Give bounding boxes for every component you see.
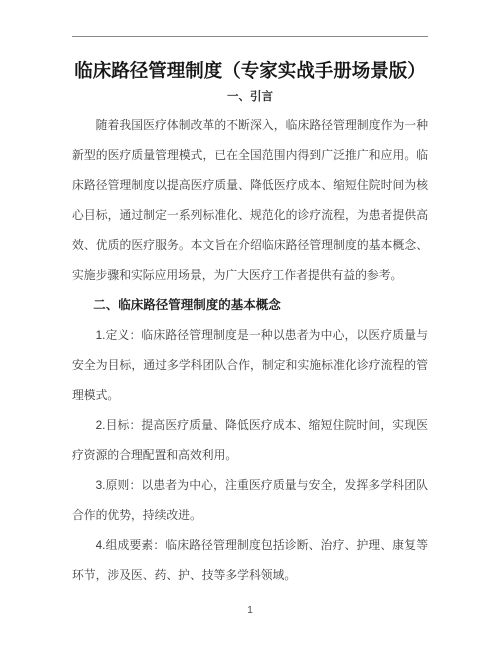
- document-title: 临床路径管理制度（专家实战手册场景版）: [72, 57, 428, 85]
- page-number: 1: [0, 604, 500, 618]
- paragraph-introduction: 随着我国医疗体制改革的不断深入，临床路径管理制度作为一种新型的医疗质量管理模式，…: [72, 110, 428, 290]
- paragraph-components: 4.组成要素：临床路径管理制度包括诊断、治疗、护理、康复等环节，涉及医、药、护、…: [72, 530, 428, 590]
- paragraph-principles: 3.原则：以患者为中心，注重医疗质量与安全，发挥多学科团队合作的优势，持续改进。: [72, 470, 428, 530]
- document-page: 临床路径管理制度（专家实战手册场景版） 一、引言 随着我国医疗体制改革的不断深入…: [0, 0, 500, 647]
- paragraph-definition: 1.定义：临床路径管理制度是一种以患者为中心，以医疗质量与安全为目标，通过多学科…: [72, 320, 428, 410]
- document-content: 临床路径管理制度（专家实战手册场景版） 一、引言 随着我国医疗体制改革的不断深入…: [72, 0, 428, 590]
- paragraph-goals: 2.目标：提高医疗质量、降低医疗成本、缩短住院时间，实现医疗资源的合理配置和高效…: [72, 410, 428, 470]
- section-heading-introduction: 一、引言: [72, 90, 428, 105]
- section-heading-basic-concepts: 二、临床路径管理制度的基本概念: [72, 290, 428, 320]
